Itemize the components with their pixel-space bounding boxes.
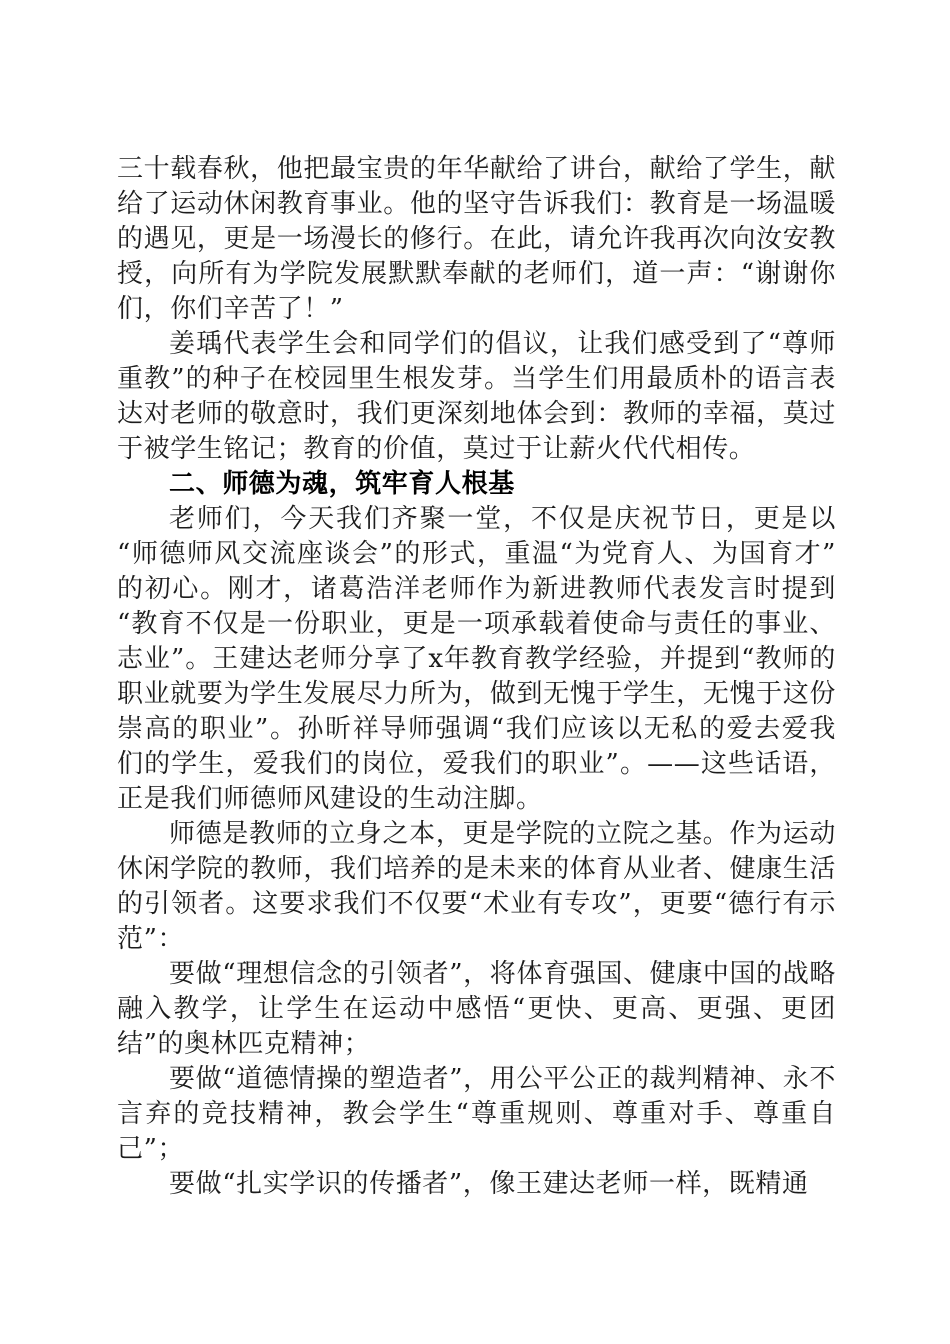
paragraph: 要做“道德情操的塑造者”，用公平公正的裁判精神、永不言弃的竞技精神，教会学生“尊… [117, 1062, 836, 1167]
paragraph: 老师们，今天我们齐聚一堂，不仅是庆祝节日，更是以“师德师风交流座谈会”的形式，重… [117, 502, 836, 817]
paragraph: 姜瑀代表学生会和同学们的倡议，让我们感受到了“尊师重教”的种子在校园里生根发芽。… [117, 327, 836, 467]
document-page: 三十载春秋，他把最宝贵的年华献给了讲台，献给了学生，献给了运动休闲教育事业。他的… [0, 0, 950, 1344]
paragraph: 要做“扎实学识的传播者”，像王建达老师一样，既精通 [117, 1167, 836, 1202]
document-text-block: 三十载春秋，他把最宝贵的年华献给了讲台，献给了学生，献给了运动休闲教育事业。他的… [117, 152, 836, 1202]
paragraph-continuation: 三十载春秋，他把最宝贵的年华献给了讲台，献给了学生，献给了运动休闲教育事业。他的… [117, 152, 836, 327]
paragraph: 要做“理想信念的引领者”，将体育强国、健康中国的战略融入教学，让学生在运动中感悟… [117, 957, 836, 1062]
section-heading: 二、师德为魂，筑牢育人根基 [117, 467, 836, 502]
paragraph: 师德是教师的立身之本，更是学院的立院之基。作为运动休闲学院的教师，我们培养的是未… [117, 817, 836, 957]
